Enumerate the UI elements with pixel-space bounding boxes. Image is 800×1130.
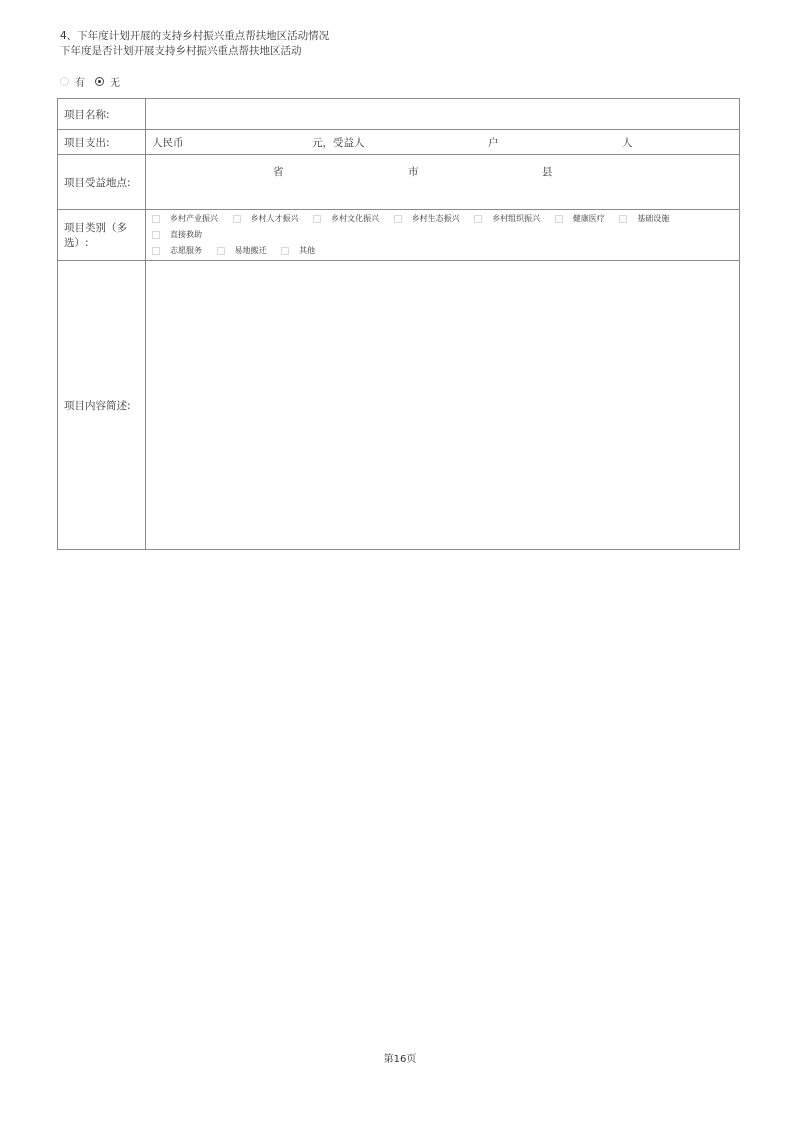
project-category-field: 乡村产业振兴 乡村人才振兴 乡村文化振兴 乡村生态振兴 乡村组织振兴 健康医疗 … <box>146 210 740 261</box>
category-option[interactable]: 乡村产业振兴 <box>152 212 218 226</box>
page-number: 第16页 <box>0 1050 800 1065</box>
row-project-location: 项目受益地点: 省 市 县 <box>58 155 740 210</box>
category-option[interactable]: 乡村生态振兴 <box>394 212 460 226</box>
city-text: 市 <box>408 164 419 179</box>
category-checkbox-list: 乡村产业振兴 乡村人才振兴 乡村文化振兴 乡村生态振兴 乡村组织振兴 健康医疗 … <box>152 210 733 260</box>
project-description-field[interactable] <box>146 261 740 550</box>
county-text: 县 <box>542 164 553 179</box>
section-question: 下年度是否计划开展支持乡村振兴重点帮扶地区活动 <box>60 44 302 59</box>
project-description-label: 项目内容简述: <box>58 261 146 550</box>
project-name-label: 项目名称: <box>58 99 146 130</box>
radio-checked-icon[interactable] <box>95 77 104 86</box>
checkbox-icon[interactable] <box>217 247 225 255</box>
checkbox-icon[interactable] <box>555 215 563 223</box>
category-option[interactable]: 健康医疗 <box>555 212 605 226</box>
row-project-name: 项目名称: <box>58 99 740 130</box>
category-option[interactable]: 基础设施 <box>619 212 669 226</box>
yuan-beneficiary-text: 元，受益人 <box>312 135 365 150</box>
category-option[interactable]: 乡村组织振兴 <box>474 212 540 226</box>
radio-unchecked-icon[interactable] <box>60 77 69 86</box>
radio-label-no: 无 <box>110 74 120 89</box>
category-option[interactable]: 志愿服务 <box>152 244 202 258</box>
project-cost-field[interactable]: 人民币 元，受益人 户 人 <box>146 130 740 155</box>
people-text: 人 <box>622 135 633 150</box>
project-form-table: 项目名称: 项目支出: 人民币 元，受益人 户 人 项目受益地点: 省 市 县 … <box>57 98 740 550</box>
currency-text: 人民币 <box>152 135 184 150</box>
category-option[interactable]: 直接救助 <box>152 228 202 242</box>
project-name-field[interactable] <box>146 99 740 130</box>
project-cost-label: 项目支出: <box>58 130 146 155</box>
section-heading: 4、下年度计划开展的支持乡村振兴重点帮扶地区活动情况 <box>60 29 329 44</box>
checkbox-icon[interactable] <box>281 247 289 255</box>
row-project-category: 项目类别（多选）: 乡村产业振兴 乡村人才振兴 乡村文化振兴 乡村生态振兴 乡村… <box>58 210 740 261</box>
radio-option-no[interactable]: 无 <box>95 74 120 89</box>
checkbox-icon[interactable] <box>152 215 160 223</box>
checkbox-icon[interactable] <box>619 215 627 223</box>
checkbox-icon[interactable] <box>394 215 402 223</box>
project-category-label: 项目类别（多选）: <box>58 210 146 261</box>
category-option[interactable]: 其他 <box>281 244 315 258</box>
checkbox-icon[interactable] <box>152 231 160 239</box>
category-option[interactable]: 易地搬迁 <box>217 244 267 258</box>
province-text: 省 <box>273 164 284 179</box>
plan-radio-group: 有 无 <box>60 74 130 89</box>
project-location-label: 项目受益地点: <box>58 155 146 210</box>
category-option[interactable]: 乡村文化振兴 <box>313 212 379 226</box>
checkbox-icon[interactable] <box>313 215 321 223</box>
checkbox-icon[interactable] <box>233 215 241 223</box>
radio-label-yes: 有 <box>75 74 85 89</box>
category-option[interactable]: 乡村人才振兴 <box>233 212 299 226</box>
row-project-cost: 项目支出: 人民币 元，受益人 户 人 <box>58 130 740 155</box>
checkbox-icon[interactable] <box>152 247 160 255</box>
row-project-description: 项目内容简述: <box>58 261 740 550</box>
radio-option-yes[interactable]: 有 <box>60 74 85 89</box>
project-location-field[interactable]: 省 市 县 <box>146 155 740 210</box>
checkbox-icon[interactable] <box>474 215 482 223</box>
households-text: 户 <box>488 135 499 150</box>
